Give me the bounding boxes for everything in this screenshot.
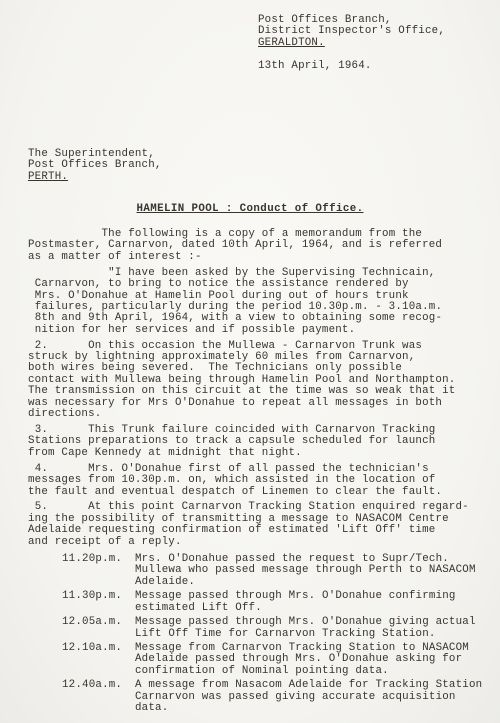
timeline-text: Message passed through Mrs. O'Donahue co… <box>135 591 486 614</box>
recipient-city: PERTH. <box>28 172 162 183</box>
paragraph-2: 2. On this occasion the Mullewa - Carnar… <box>28 341 486 421</box>
sender-city: GERALDTON. <box>258 38 445 49</box>
timeline-entry: 12.05a.m. Message passed through Mrs. O'… <box>62 617 486 640</box>
timeline-entry: 11.20p.m. Mrs. O'Donahue passed the requ… <box>62 554 486 588</box>
recipient-address-block: The Superintendent, Post Offices Branch,… <box>28 149 162 183</box>
memo-page: Post Offices Branch, District Inspector'… <box>0 0 500 723</box>
timeline-entry: 12.40a.m. A message from Nasacom Adelaid… <box>62 680 486 714</box>
paragraph-5: 5. At this point Carnarvon Tracking Stat… <box>28 502 486 548</box>
timeline-text: Message passed through Mrs. O'Donahue gi… <box>135 617 486 640</box>
quoted-paragraph-1: "I have been asked by the Supervising Te… <box>28 268 486 336</box>
timeline-entry: 11.30p.m. Message passed through Mrs. O'… <box>62 591 486 614</box>
letter-body: The following is a copy of a memorandum … <box>28 229 486 717</box>
subject-line: HAMELIN POOL : Conduct of Office. <box>0 204 500 215</box>
paragraph-4: 4. Mrs. O'Donahue first of all passed th… <box>28 464 486 498</box>
timeline-time: 11.20p.m. <box>62 554 135 588</box>
sender-address-block: Post Offices Branch, District Inspector'… <box>258 15 445 72</box>
timeline-time: 12.10a.m. <box>62 643 135 677</box>
timeline-block: 11.20p.m. Mrs. O'Donahue passed the requ… <box>62 554 486 714</box>
timeline-time: 12.40a.m. <box>62 680 135 714</box>
timeline-text: A message from Nasacom Adelaide for Trac… <box>135 680 486 714</box>
letter-date: 13th April, 1964. <box>258 61 445 72</box>
timeline-time: 12.05a.m. <box>62 617 135 640</box>
timeline-text: Mrs. O'Donahue passed the request to Sup… <box>135 554 486 588</box>
timeline-entry: 12.10a.m. Message from Carnarvon Trackin… <box>62 643 486 677</box>
timeline-time: 11.30p.m. <box>62 591 135 614</box>
intro-paragraph: The following is a copy of a memorandum … <box>28 229 486 263</box>
paragraph-3: 3. This Trunk failure coincided with Car… <box>28 425 486 459</box>
timeline-text: Message from Carnarvon Tracking Station … <box>135 643 486 677</box>
